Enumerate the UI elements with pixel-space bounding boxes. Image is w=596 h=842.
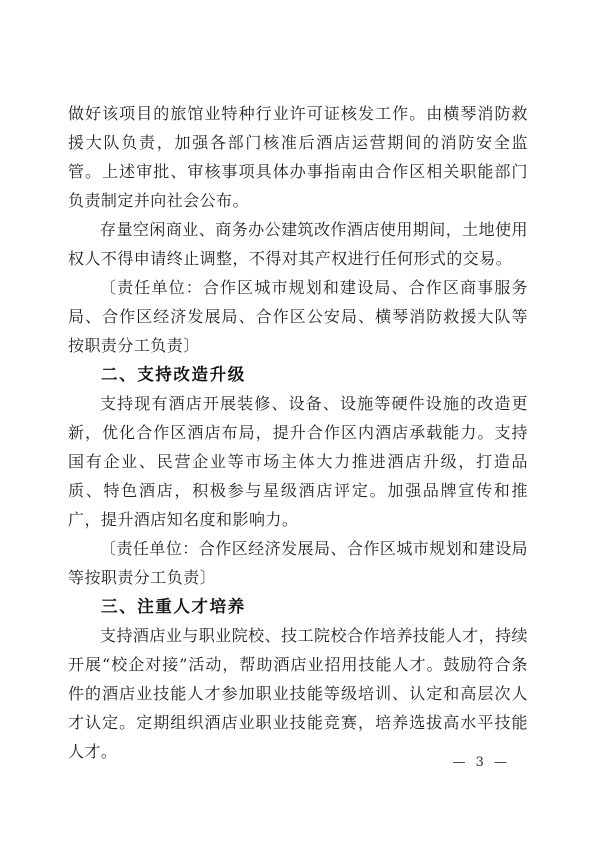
responsibility-note-section-2: 〔责任单位：合作区经济发展局、合作区城市规划和建设局等按职责分工负责〕 (68, 534, 528, 592)
section-heading-talent-cultivation: 三、注重人才培养 (68, 592, 528, 621)
document-body: 做好该项目的旅馆业特种行业许可证核发工作。由横琴消防救援大队负责，加强各部门核准… (68, 99, 528, 766)
document-page: 做好该项目的旅馆业特种行业许可证核发工作。由横琴消防救援大队负责，加强各部门核准… (0, 0, 596, 842)
paragraph-license-and-fire-supervision: 做好该项目的旅馆业特种行业许可证核发工作。由横琴消防救援大队负责，加强各部门核准… (68, 99, 528, 215)
page-number: — 3 — (452, 753, 510, 773)
paragraph-talent-training: 支持酒店业与职业院校、技工院校合作培养技能人才，持续开展“校企对接”活动，帮助酒… (68, 621, 528, 766)
section-heading-upgrade-support: 二、支持改造升级 (68, 360, 528, 389)
paragraph-renovation-upgrade: 支持现有酒店开展装修、设备、设施等硬件设施的改造更新，优化合作区酒店布局，提升合… (68, 389, 528, 534)
paragraph-land-use-restriction: 存量空闲商业、商务办公建筑改作酒店使用期间，土地使用权人不得申请终止调整，不得对… (68, 215, 528, 273)
responsibility-note-section-1: 〔责任单位：合作区城市规划和建设局、合作区商事服务局、合作区经济发展局、合作区公… (68, 273, 528, 360)
